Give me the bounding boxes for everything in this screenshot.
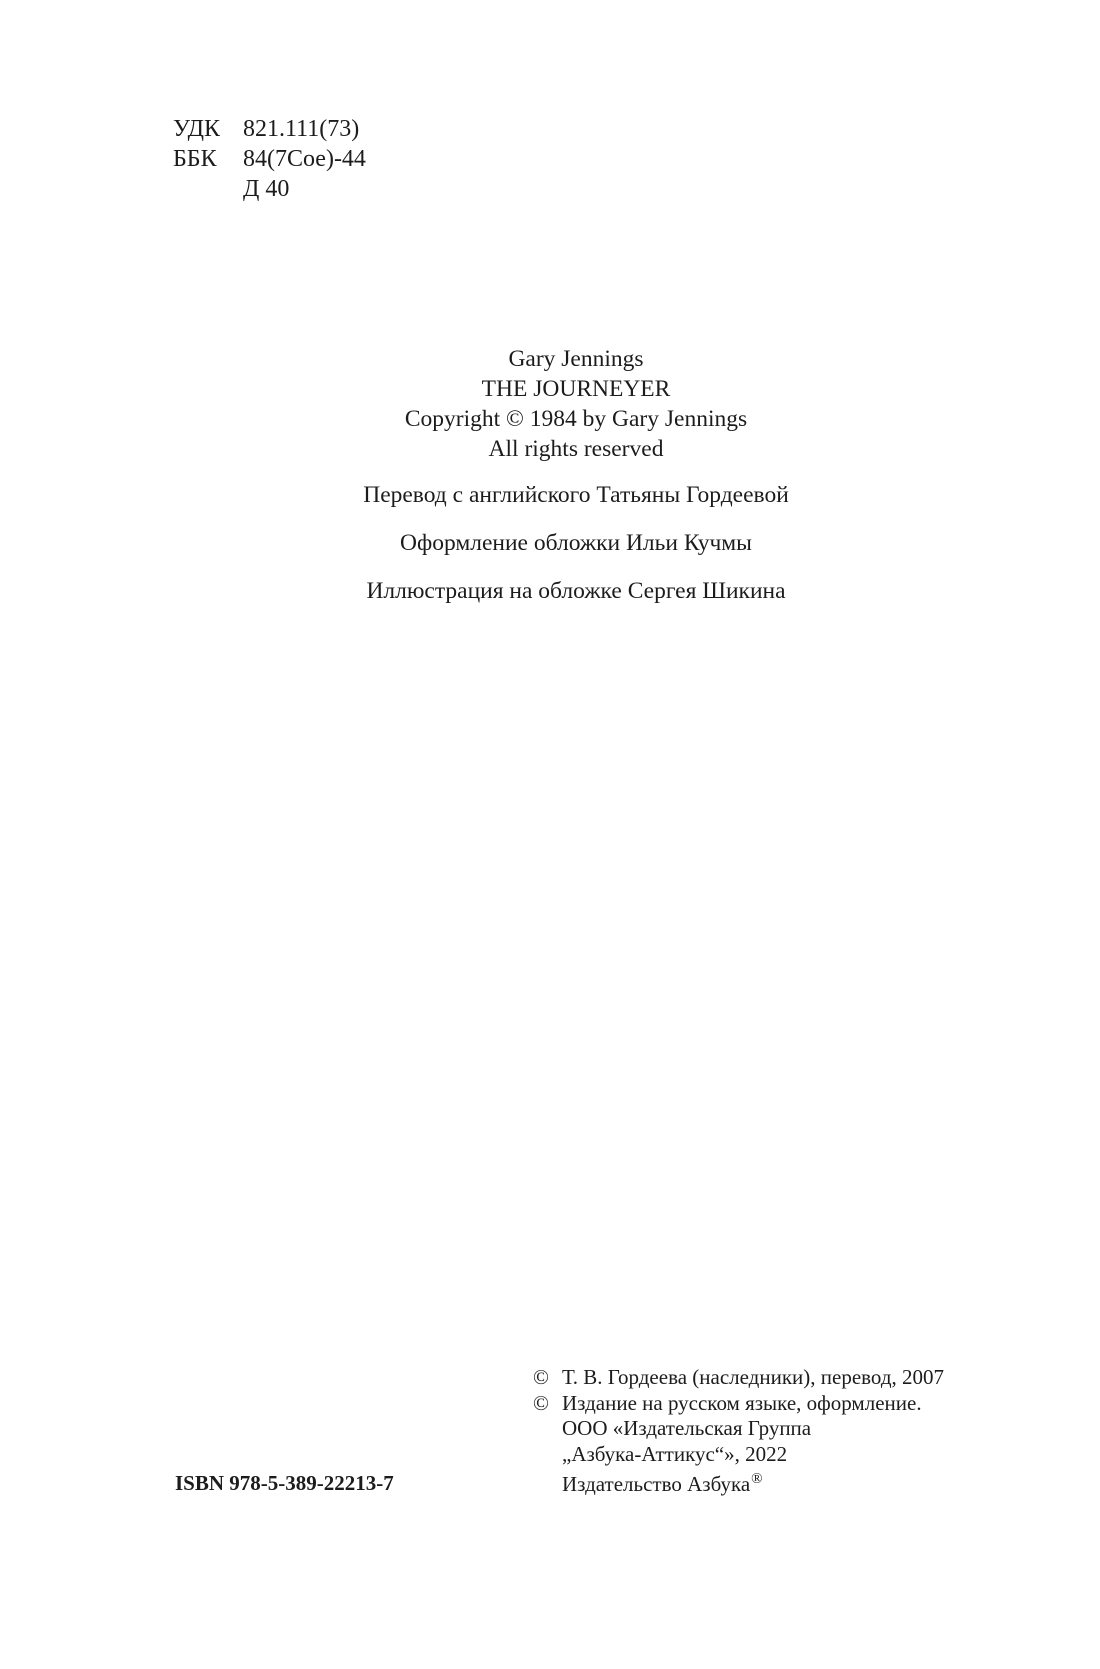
notice-text: ООО «Издательская Группа <box>562 1416 811 1442</box>
classification-value: 821.111(73) <box>243 114 359 144</box>
original-edition-credits: Gary Jennings THE JOURNEYER Copyright © … <box>0 344 1100 464</box>
original-author: Gary Jennings <box>0 344 1100 374</box>
cover-illustration-credit: Иллюстрация на обложке Сергея Шикина <box>0 576 1100 606</box>
rights-statement: All rights reserved <box>0 434 1100 464</box>
notice-row: © Т. В. Гордеева (наследники), перевод, … <box>533 1365 944 1391</box>
notice-indent <box>533 1416 562 1442</box>
notice-row: „Азбука-Аттикус“», 2022 <box>533 1442 944 1468</box>
copyright-symbol: © <box>533 1391 562 1417</box>
cover-design-credit: Оформление обложки Ильи Кучмы <box>0 528 1100 558</box>
isbn: ISBN 978-5-389-22213-7 <box>175 1470 394 1496</box>
original-copyright: Copyright © 1984 by Gary Jennings <box>0 404 1100 434</box>
notice-text: Т. В. Гордеева (наследники), перевод, 20… <box>562 1365 944 1391</box>
notice-row: © Издание на русском языке, оформление. <box>533 1391 944 1417</box>
notice-indent <box>533 1467 562 1498</box>
copyright-page: УДК 821.111(73) ББК 84(7Сое)-44 Д 40 Gar… <box>0 0 1100 1669</box>
notice-row: Издательство Азбука® <box>533 1467 944 1498</box>
udc-row: УДК 821.111(73) <box>173 114 366 144</box>
notice-indent <box>533 1442 562 1468</box>
translator-credit: Перевод с английского Татьяны Гордеевой <box>0 480 1100 510</box>
classification-key: УДК <box>173 114 243 144</box>
notice-row: ООО «Издательская Группа <box>533 1416 944 1442</box>
classification-value: Д 40 <box>243 174 289 204</box>
author-mark-row: Д 40 <box>173 174 366 204</box>
original-title: THE JOURNEYER <box>0 374 1100 404</box>
registered-trademark-icon: ® <box>751 1471 762 1487</box>
edition-staff-credits: Перевод с английского Татьяны Гордеевой … <box>0 480 1100 624</box>
copyright-notices: © Т. В. Гордеева (наследники), перевод, … <box>533 1365 944 1498</box>
notice-text: „Азбука-Аттикус“», 2022 <box>562 1442 787 1468</box>
library-classification: УДК 821.111(73) ББК 84(7Сое)-44 Д 40 <box>173 114 366 204</box>
publisher-name: Издательство Азбука <box>562 1472 750 1496</box>
bbk-row: ББК 84(7Сое)-44 <box>173 144 366 174</box>
notice-text: Издательство Азбука® <box>562 1467 763 1498</box>
classification-key: ББК <box>173 144 243 174</box>
notice-text: Издание на русском языке, оформление. <box>562 1391 922 1417</box>
classification-key <box>173 174 243 204</box>
copyright-symbol: © <box>533 1365 562 1391</box>
classification-value: 84(7Сое)-44 <box>243 144 366 174</box>
